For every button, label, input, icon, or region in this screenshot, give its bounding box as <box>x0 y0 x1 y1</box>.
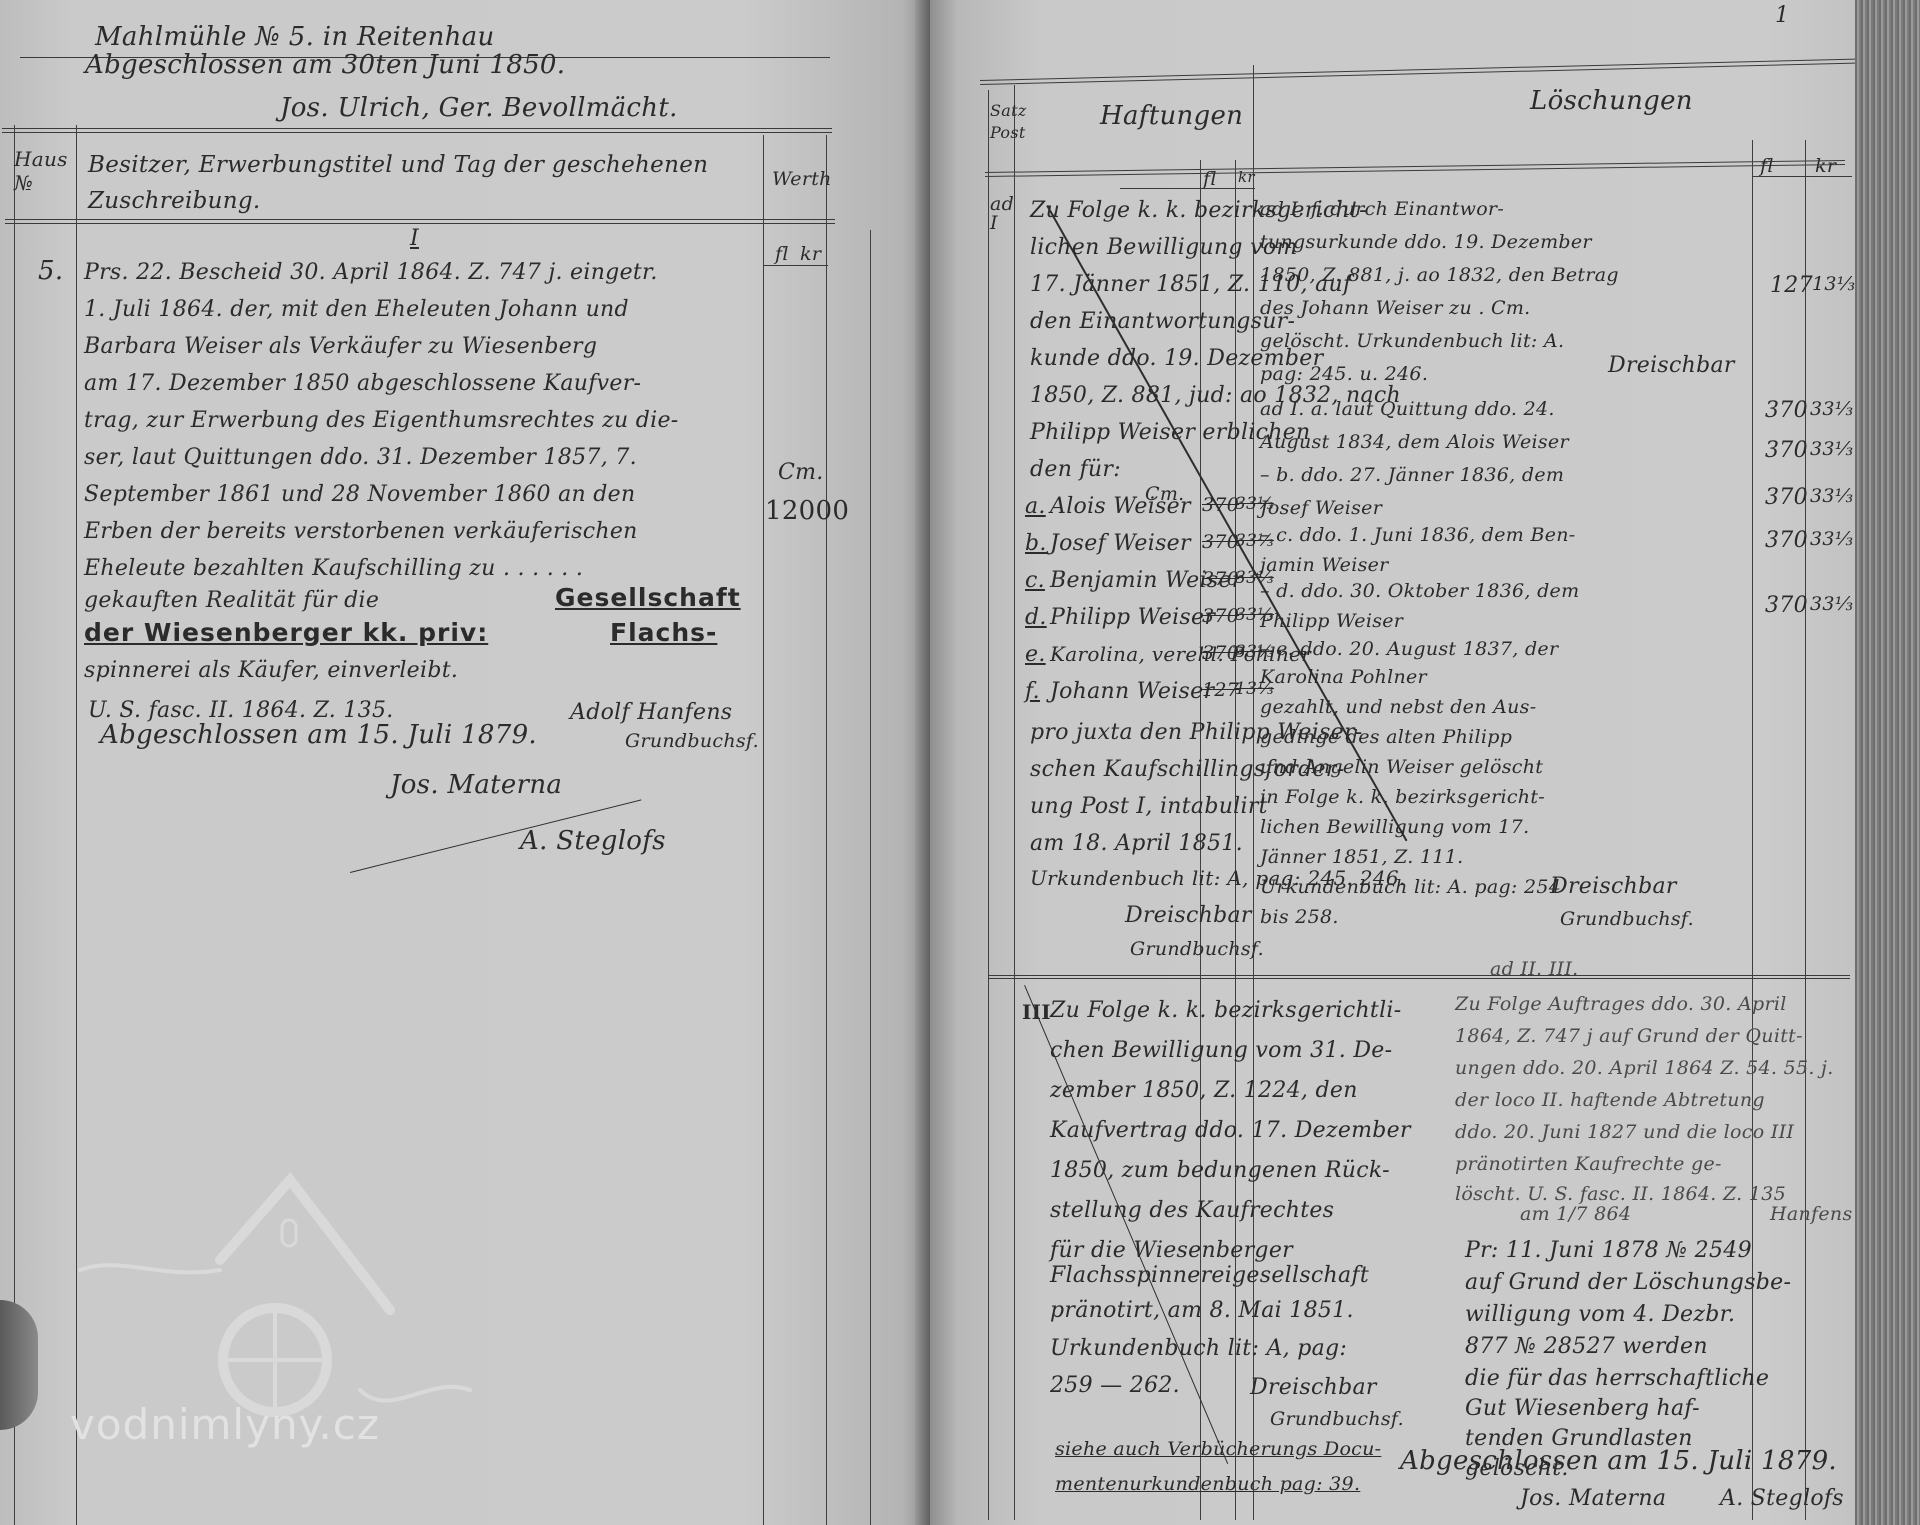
charge-line: stellung des Kaufrechtes <box>1050 1200 1334 1222</box>
charge-line: ung Post I, intabulirt <box>1030 796 1268 818</box>
header-house-no: Haus № <box>14 147 74 195</box>
deletion-line: des Johann Weiser zu . Cm. <box>1260 299 1531 318</box>
charge-line: zember 1850, Z. 1224, den <box>1050 1080 1358 1102</box>
deletion-line: Urkundenbuch lit: A. pag: 254 <box>1260 878 1561 897</box>
deletion-fl: 370 <box>1765 400 1808 422</box>
deletion-line: in Folge k. k. bezirksgericht- <box>1260 788 1545 807</box>
entry-roman-number: I <box>410 228 419 250</box>
deletion-line: pränotirten Kaufrechte ge- <box>1455 1155 1722 1174</box>
note-line: mentenurkundenbuch pag: 39. <box>1055 1475 1360 1494</box>
deletion-kr: 33⅓ <box>1810 400 1854 419</box>
entry-line: gekauften Realität für die <box>84 590 379 612</box>
charge-line: am 18. April 1851. <box>1030 833 1243 855</box>
col-line <box>1752 140 1753 1520</box>
charge-line: 259 — 262. <box>1050 1375 1180 1397</box>
charge-line: chen Bewilligung vom 31. De- <box>1050 1040 1392 1062</box>
deletion-fl: 127 <box>1770 275 1813 297</box>
col-line <box>988 90 989 1520</box>
heir-label: a. <box>1025 496 1046 518</box>
book-page-edges <box>1855 0 1920 1525</box>
deletion-line: löscht. U. S. fasc. II. 1864. Z. 135 <box>1455 1185 1786 1204</box>
deletion-line: 1864, Z. 747 j auf Grund der Quitt- <box>1455 1027 1803 1046</box>
deletion-small-signature: Hanfens <box>1770 1205 1853 1224</box>
entry-line: Prs. 22. Bescheid 30. April 1864. Z. 747… <box>84 262 658 284</box>
closing-signature-2: A. Steglofs <box>1720 1488 1844 1510</box>
register-reference: U. S. fasc. II. 1864. Z. 135. <box>88 700 394 722</box>
deletion-line: ungen ddo. 20. April 1864 Z. 54. 55. j. <box>1455 1059 1834 1078</box>
signature-name: Adolf Hanfens <box>570 702 732 724</box>
deletion-line: 877 № 28527 werden <box>1465 1336 1708 1358</box>
signature-title: Grundbuchsf. <box>625 732 759 751</box>
rule <box>763 265 828 266</box>
deletion-line: pag: 245. u. 246. <box>1260 365 1428 384</box>
entry-line: Erben der bereits verstorbenen verkäufer… <box>84 521 638 543</box>
deletion-line: Jänner 1851, Z. 111. <box>1260 848 1463 867</box>
right-page: 1 Satz Post Haftungen Löschungen fl kr f… <box>930 0 1860 1525</box>
deletion-line: Gut Wiesenberg haf- <box>1465 1398 1700 1420</box>
charge-line: pränotirt, am 8. Mai 1851. <box>1050 1300 1354 1322</box>
entry-line: Eheleute bezahlten Kaufschilling zu . . … <box>84 558 583 580</box>
deletion-line: Josef Weiser <box>1260 499 1382 518</box>
deletion-line: Philipp Weiser <box>1260 612 1403 631</box>
charge-signature-title: Grundbuchsf. <box>1130 940 1264 959</box>
closing-signature-2: A. Steglofs <box>520 828 666 854</box>
heir-fl: 127 <box>1202 681 1239 700</box>
header-value: Werth <box>772 170 832 189</box>
header-fl-deletions: fl <box>1760 157 1774 176</box>
charge-line: Kaufvertrag ddo. 17. Dezember <box>1050 1120 1411 1142</box>
charge-signature-name: Dreischbar <box>1250 1377 1377 1399</box>
deletion-line: gezahlt, und nebst den Aus- <box>1260 698 1536 717</box>
header-bottom-rule <box>5 219 835 224</box>
header-bottom-rule <box>985 160 1845 177</box>
closed-date-1850: Abgeschlossen am 30ten Juni 1850. <box>85 52 565 78</box>
deletion-line: 1850, Z. 881, j. ao 1832, den Betrag <box>1260 266 1619 285</box>
deletion-signature-name: Dreischbar <box>1550 876 1677 898</box>
highlight-flachs: Flachs- <box>610 620 717 645</box>
col-line <box>1805 140 1806 1520</box>
heir-fl: 370 <box>1202 607 1239 626</box>
charge-line: den für: <box>1030 459 1121 481</box>
col-line <box>826 135 827 1525</box>
charge-line: Urkundenbuch lit: A, pag: <box>1050 1338 1347 1360</box>
deletion-line: August 1834, dem Alois Weiser <box>1260 433 1569 452</box>
charge-line: den Einantwortungsur- <box>1030 311 1295 333</box>
post-label-I: ad I <box>990 195 1014 233</box>
deletion-line: – c. ddo. 1. Juni 1836, dem Ben- <box>1260 526 1576 545</box>
deletion-line: der loco II. haftende Abtretung <box>1455 1091 1765 1110</box>
currency-label: Cm. <box>778 462 824 484</box>
page-number: 1 <box>1775 5 1789 27</box>
header-post: Satz Post <box>990 100 1014 145</box>
deletion-fl: 370 <box>1765 530 1808 552</box>
charge-line: für die Wiesenberger <box>1050 1240 1293 1262</box>
deletion-heading: ad II. III. <box>1490 960 1578 979</box>
heir-name: Johann Weiser <box>1050 681 1214 703</box>
entry-line: spinnerei als Käufer, einverleibt. <box>84 660 458 682</box>
deletion-line: jamin Weiser <box>1260 556 1389 575</box>
col-line <box>763 135 764 1525</box>
heir-label: e. <box>1025 644 1046 666</box>
section-divider <box>988 975 1850 976</box>
deletion-line: und Angelin Weiser gelöscht <box>1260 758 1543 777</box>
deletion-fl: 370 <box>1765 487 1808 509</box>
heir-fl: 370 <box>1202 570 1239 589</box>
deletion-line: gelöscht. Urkundenbuch lit: A. <box>1260 332 1564 351</box>
header-fl: fl <box>1203 170 1217 189</box>
deletion-line: – b. ddo. 27. Jänner 1836, dem <box>1260 466 1564 485</box>
table-top-rule <box>980 58 1860 84</box>
rule <box>1120 188 1255 189</box>
entry-line: ser, laut Quittungen ddo. 31. Dezember 1… <box>84 447 637 469</box>
table-top-rule <box>2 128 832 133</box>
entry-line: am 17. Dezember 1850 abgeschlossene Kauf… <box>84 373 641 395</box>
charge-signature-name: Dreischbar <box>1125 905 1252 927</box>
entry-line: Barbara Weiser als Verkäufer zu Wiesenbe… <box>84 336 597 358</box>
deletion-line: willigung vom 4. Dezbr. <box>1465 1304 1735 1326</box>
deletion-kr: 33⅓ <box>1810 595 1854 614</box>
heir-label: c. <box>1025 570 1045 592</box>
header-deletions: Löschungen <box>1530 88 1693 114</box>
deletion-signature-title: Grundbuchsf. <box>1560 910 1694 929</box>
heir-name: Josef Weiser <box>1050 533 1191 555</box>
thumb-edge <box>0 1300 38 1430</box>
left-page: Mahlmühle № 5. in Reitenhau Abgeschlosse… <box>0 0 930 1525</box>
charge-line: Zu Folge k. k. bezirksgerichtli- <box>1050 1000 1401 1022</box>
deletion-line: Zu Folge Auftrages ddo. 30. April <box>1455 995 1787 1014</box>
deletion-fl: 370 <box>1765 595 1808 617</box>
purchase-amount: 12000 <box>765 498 849 524</box>
charge-line: Flachsspinnereigesellschaft <box>1050 1265 1369 1287</box>
deletion-kr: 33⅓ <box>1810 530 1854 549</box>
deletion-kr: 33⅓ <box>1810 487 1854 506</box>
heir-label: d. <box>1025 607 1047 629</box>
heading-signature: Jos. Ulrich, Ger. Bevollmächt. <box>280 95 678 121</box>
heir-name: Philipp Weiser <box>1050 607 1215 629</box>
deletion-line: die für das herrschaftliche <box>1465 1368 1769 1390</box>
deletion-line: Pr: 11. Juni 1878 № 2549 <box>1465 1240 1752 1262</box>
col-line <box>1014 85 1015 1520</box>
header-kr-deletions: kr <box>1815 157 1836 176</box>
highlight-gesellschaft: Gesellschaft <box>555 585 741 610</box>
section-divider <box>988 978 1850 979</box>
deletion-line: auf Grund der Löschungsbe- <box>1465 1272 1791 1294</box>
deletion-line: lichen Bewilligung vom 17. <box>1260 818 1529 837</box>
highlight-company: der Wiesenberger kk. priv: <box>84 620 488 645</box>
deletion-line: ad I. a. laut Quittung ddo. 24. <box>1260 400 1555 419</box>
col-line <box>870 230 871 1525</box>
deletion-line: – e. ddo. 20. August 1837, der <box>1260 640 1558 659</box>
heir-label: f. <box>1025 681 1040 703</box>
header-charges: Haftungen <box>1100 103 1243 129</box>
mill-title: Mahlmühle № 5. in Reitenhau <box>95 24 495 50</box>
heir-label: b. <box>1025 533 1047 555</box>
heir-fl: 370 <box>1202 644 1239 663</box>
entry-line: 1. Juli 1864. der, mit den Eheleuten Joh… <box>84 299 629 321</box>
deletion-line: Karolina Pohlner <box>1260 668 1427 687</box>
closing-text: Abgeschlossen am 15. Juli 1879. <box>1400 1448 1837 1474</box>
deletion-line: – d. ddo. 30. Oktober 1836, dem <box>1260 582 1579 601</box>
deletion-kr: 33⅓ <box>1810 440 1854 459</box>
header-fl: fl <box>775 245 789 264</box>
deletion-date-note: am 1/7 864 <box>1520 1205 1631 1224</box>
deletion-kr: 13⅓ <box>1812 275 1856 294</box>
deletion-line: gedinge des alten Philipp <box>1260 728 1512 747</box>
header-kr: kr <box>800 245 821 264</box>
entry-line: September 1861 und 28 November 1860 an d… <box>84 484 635 506</box>
header-kr: kr <box>1238 170 1255 185</box>
deletion-line: ad I. f. durch Einantwor- <box>1260 200 1504 219</box>
deletion-signature: Dreischbar <box>1608 355 1735 377</box>
charge-signature-title: Grundbuchsf. <box>1270 1410 1404 1429</box>
heir-name: Alois Weiser <box>1050 496 1191 518</box>
house-number: 5. <box>38 258 63 284</box>
entry-line: trag, zur Erwerbung des Eigenthumsrechte… <box>84 410 679 432</box>
watermark-text: vodnimlyny.cz <box>70 1400 380 1449</box>
deletion-line: bis 258. <box>1260 908 1339 927</box>
closing-signature-1: Jos. Materna <box>390 772 562 798</box>
deletion-fl: 370 <box>1765 440 1808 462</box>
deletion-line: tungsurkunde ddo. 19. Dezember <box>1260 233 1592 252</box>
deletion-line: ddo. 20. Juni 1827 und die loco III <box>1455 1123 1794 1142</box>
closing-text: Abgeschlossen am 15. Juli 1879. <box>100 722 537 748</box>
header-owner: Besitzer, Erwerbungstitel und Tag der ge… <box>88 148 738 219</box>
closing-signature-1: Jos. Materna <box>1520 1488 1666 1510</box>
